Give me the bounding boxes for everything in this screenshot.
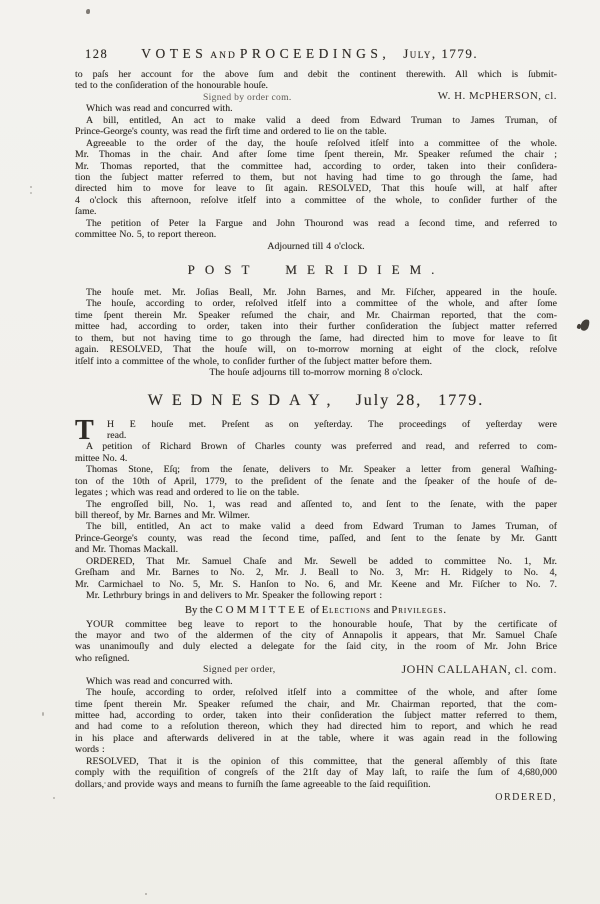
- running-title-and: AND: [210, 51, 237, 61]
- running-title: VOTESANDPROCEEDINGS,: [141, 46, 390, 62]
- text-line: Prince-George's county, was read the ſec…: [75, 533, 557, 544]
- committee-report-heading: By the COMMITTEE of Elections and Privil…: [75, 604, 557, 617]
- day-heading: WEDNESDAY, July 28, 1779.: [75, 392, 557, 410]
- text-line: Agreeable to the order of the day, the h…: [75, 138, 557, 149]
- afternoon-session: The houſe met. Mr. Joſias Beall, Mr. Joh…: [75, 287, 557, 379]
- text-line: bill thereof, by Mr. Barnes and Mr. Wilm…: [75, 510, 557, 521]
- committee-heading-and: and: [374, 605, 389, 616]
- text-line: The petition of Peter la Fargue and John…: [75, 218, 557, 229]
- text-line: Thomas Stone, Eſq; from the ſenate, deli…: [75, 464, 557, 475]
- post-meridiem-heading: POST MERIDIEM.: [75, 262, 557, 278]
- signed-per-order-label: Signed per order,: [203, 664, 275, 675]
- text-line: committee No. 5, to report thereon.: [75, 229, 557, 240]
- text-line: and had come to a reſolution thereon, wh…: [75, 721, 557, 732]
- text-line: The engroſſed bill, No. 1, was read and …: [75, 499, 557, 510]
- scan-speck: [53, 797, 55, 799]
- text-line: Mr. Lethrbury brings in and delivers to …: [75, 590, 557, 601]
- text-block: 128 VOTESANDPROCEEDINGS, July, 1779. to …: [75, 46, 557, 803]
- text-line: mittee No. 4.: [75, 453, 557, 464]
- day-heading-year: 1779.: [438, 392, 484, 409]
- committee-heading-privileges: Privileges.: [391, 605, 447, 616]
- signature-row: Signed per order, JOHN CALLAHAN, cl. com…: [75, 664, 557, 675]
- text-line: The houſe met. Mr. Joſias Beall, Mr. Joh…: [75, 287, 557, 298]
- text-line: comply with the requiſition of congreſs …: [75, 767, 557, 778]
- text-line: Mr. Thomas in the chair. And after ſome …: [75, 149, 557, 160]
- text-line: words :: [75, 744, 557, 755]
- committee-heading-committee: COMMITTEE: [215, 604, 307, 616]
- text-line: A bill, entitled, An act to make valid a…: [75, 115, 557, 126]
- scan-speck: [145, 893, 147, 895]
- text-line: tion the ſubject matter referred to them…: [75, 172, 557, 183]
- document-page: 128 VOTESANDPROCEEDINGS, July, 1779. to …: [0, 0, 600, 904]
- text-line: Which was read and concurred with.: [75, 103, 557, 114]
- text-line: itſelf into a committee of the whole, to…: [75, 356, 557, 367]
- running-title-date: July, 1779.: [403, 46, 478, 62]
- text-line: ton of the 10th of April, 1779, to the p…: [75, 476, 557, 487]
- text-line: The bill, entitled, An act to make valid…: [75, 521, 557, 532]
- committee-heading-elections: Elections: [322, 605, 371, 616]
- day-heading-weekday: WEDNESDAY,: [148, 392, 340, 409]
- running-title-votes: VOTES: [141, 46, 207, 61]
- adjournment-line: Adjourned till 4 o'clock.: [75, 241, 557, 252]
- signature-row: Signed by order com. W. H. McPHERSON, cl…: [75, 92, 557, 103]
- text-line: read.: [75, 430, 557, 441]
- text-line: RESOLVED, That it is the opinion of this…: [75, 756, 557, 767]
- text-line: dollars, and provide ways and means to f…: [75, 779, 557, 790]
- text-line: time ſpent therein Mr. Speaker reſumed t…: [75, 699, 557, 710]
- text-line: directed him to move for leave to ſit ag…: [75, 183, 557, 194]
- text-line: Greſham and Mr. Barnes to No. 2, Mr. J. …: [75, 567, 557, 578]
- text-line: was unanimouſly and duly elected a deleg…: [75, 641, 557, 652]
- page-number: 128: [85, 47, 108, 62]
- text-line: H E houſe met. Preſent as on yeſterday. …: [75, 419, 557, 430]
- text-line: mittee had, according to order, taken in…: [75, 321, 557, 332]
- text-line: ORDERED, That Mr. Samuel Chaſe and Mr. S…: [75, 556, 557, 567]
- text-line: mittee had, according to order, taken in…: [75, 710, 557, 721]
- text-line: and Mr. Thomas Mackall.: [75, 544, 557, 555]
- running-title-proceedings: PROCEEDINGS,: [240, 46, 390, 61]
- opening-paragraph: T H E houſe met. Preſent as on yeſterday…: [75, 419, 557, 442]
- page-header: 128 VOTESANDPROCEEDINGS, July, 1779.: [85, 46, 557, 62]
- text-line: 4 o'clock this afternoon, reſolve itſelf…: [75, 195, 557, 206]
- text-line: The houſe, according to order, reſolved …: [75, 298, 557, 309]
- text-line: A petition of Richard Brown of Charles c…: [75, 441, 557, 452]
- text-line: Which was read and concurred with.: [75, 676, 557, 687]
- wednesday-session: T H E houſe met. Preſent as on yeſterday…: [75, 419, 557, 803]
- text-line: again. RESOLVED, That the houſe will, on…: [75, 344, 557, 355]
- text-line: in his place and afterwards delivered in…: [75, 733, 557, 744]
- text-line: time ſpent therein Mr. Speaker reſumed t…: [75, 310, 557, 321]
- scan-speck: [42, 712, 44, 716]
- morning-session: to paſs her account for the above ſum an…: [75, 69, 557, 252]
- text-line: ſame.: [75, 206, 557, 217]
- committee-heading-prefix: By the: [185, 605, 213, 616]
- text-line: The houſe, according to order, reſolved …: [75, 687, 557, 698]
- text-line: Prince-George's county, was read the fir…: [75, 126, 557, 137]
- text-line: the mayor and two of the aldermen of the…: [75, 630, 557, 641]
- signed-by-order-label: Signed by order com.: [203, 92, 292, 103]
- clerk-signature: JOHN CALLAHAN, cl. com.: [402, 662, 557, 677]
- clerk-signature: W. H. McPHERSON, cl.: [438, 90, 557, 102]
- text-line: YOUR committee beg leave to report to th…: [75, 619, 557, 630]
- catchword: ORDERED,: [75, 792, 557, 803]
- scan-speck: [30, 186, 32, 188]
- text-line: Mr. Thomas reported, that the committee …: [75, 161, 557, 172]
- adjournment-line: The houſe adjourns till to-morrow mornin…: [75, 367, 557, 378]
- scan-speck: [30, 192, 32, 194]
- drop-cap: T: [75, 420, 102, 441]
- scan-speck: [104, 782, 106, 784]
- committee-heading-of: of: [310, 605, 319, 616]
- text-line: to them, but not having time to go throu…: [75, 333, 557, 344]
- scan-speck: [86, 9, 90, 14]
- text-line: legates ; which was read and ordered to …: [75, 487, 557, 498]
- text-line: Mr. Carmichael to No. 5, Mr. S. Hanſon t…: [75, 579, 557, 590]
- day-heading-date: July 28,: [356, 392, 423, 409]
- text-line: to paſs her account for the above ſum an…: [75, 69, 557, 80]
- ink-smudge: [579, 318, 591, 332]
